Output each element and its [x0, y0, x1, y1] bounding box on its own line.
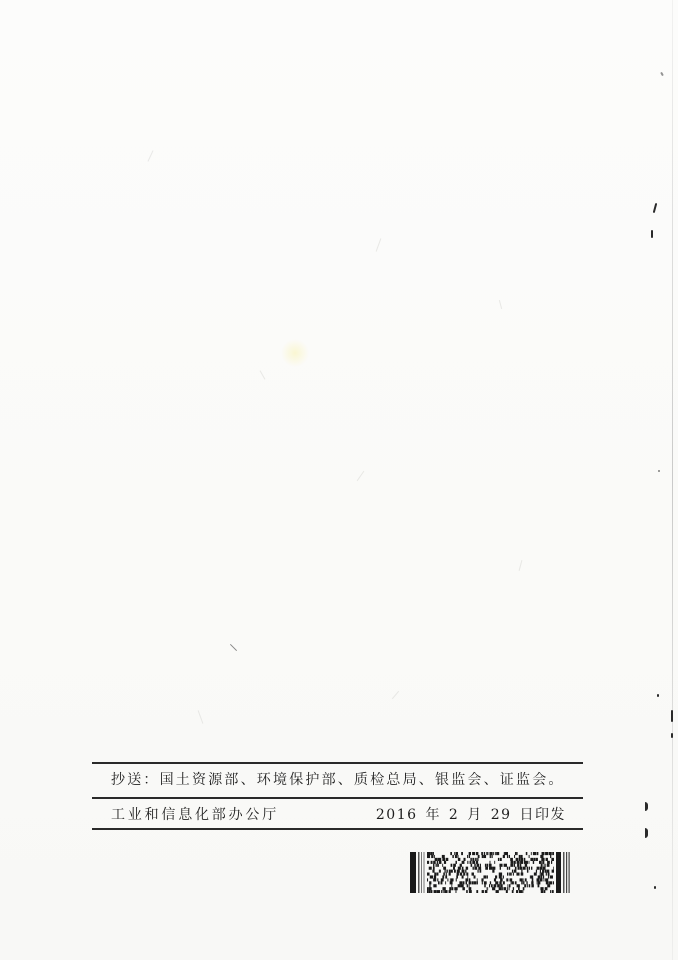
- scan-mark: [645, 802, 648, 811]
- footer-rule-bottom: [92, 828, 583, 830]
- paper-fiber: [519, 560, 523, 571]
- paper-fiber: [260, 370, 266, 379]
- footer-rule-top: [92, 762, 583, 764]
- scan-mark: [671, 710, 673, 722]
- scan-mark: [651, 230, 653, 238]
- pdf417-barcode-icon: [410, 852, 570, 893]
- paper-fiber: [392, 691, 399, 699]
- page-edge: [672, 0, 673, 960]
- footer-rule-middle: [92, 797, 583, 799]
- scan-mark: [660, 72, 664, 76]
- scan-mark: [671, 733, 673, 738]
- scan-mark: [657, 694, 659, 697]
- scan-mark: [653, 203, 658, 213]
- scan-mark: [645, 828, 648, 838]
- paper-fiber: [148, 150, 154, 161]
- issue-date: 2016 年 2 月 29 日印发: [376, 804, 566, 824]
- paper-fiber: [198, 710, 204, 723]
- scan-mark: [658, 470, 660, 472]
- cc-label: 抄送：: [111, 772, 160, 788]
- cc-recipients: 国土资源部、环境保护部、质检总局、银监会、证监会。: [160, 772, 565, 788]
- paper-fiber: [357, 471, 365, 481]
- paper-fiber: [499, 300, 502, 309]
- paper-fiber: [376, 238, 382, 251]
- cc-line: 抄送：国土资源部、环境保护部、质检总局、银监会、证监会。: [111, 769, 565, 789]
- issuing-office: 工业和信息化部办公厅: [111, 804, 279, 824]
- scan-mark: [654, 886, 656, 889]
- paper-fiber: [230, 644, 237, 651]
- document-page: 抄送：国土资源部、环境保护部、质检总局、银监会、证监会。 工业和信息化部办公厅 …: [0, 0, 678, 960]
